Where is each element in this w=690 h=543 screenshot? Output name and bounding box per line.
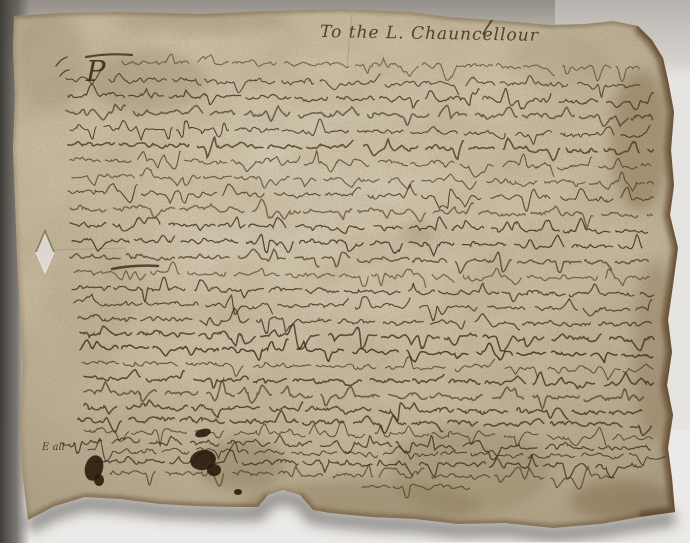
manuscript-photo: To the L. Chauncellour P E all [0, 0, 690, 543]
photo-frame: To the L. Chauncellour P E all [0, 0, 690, 543]
margin-note: E all [41, 442, 65, 453]
initial-letter: P [85, 54, 106, 88]
ink-blot [207, 464, 221, 476]
ink-blot [234, 489, 242, 495]
ink-blot [94, 474, 104, 486]
manuscript-heading: To the L. Chauncellour [320, 22, 539, 46]
manuscript-paper: To the L. Chauncellour P E all [0, 0, 690, 543]
